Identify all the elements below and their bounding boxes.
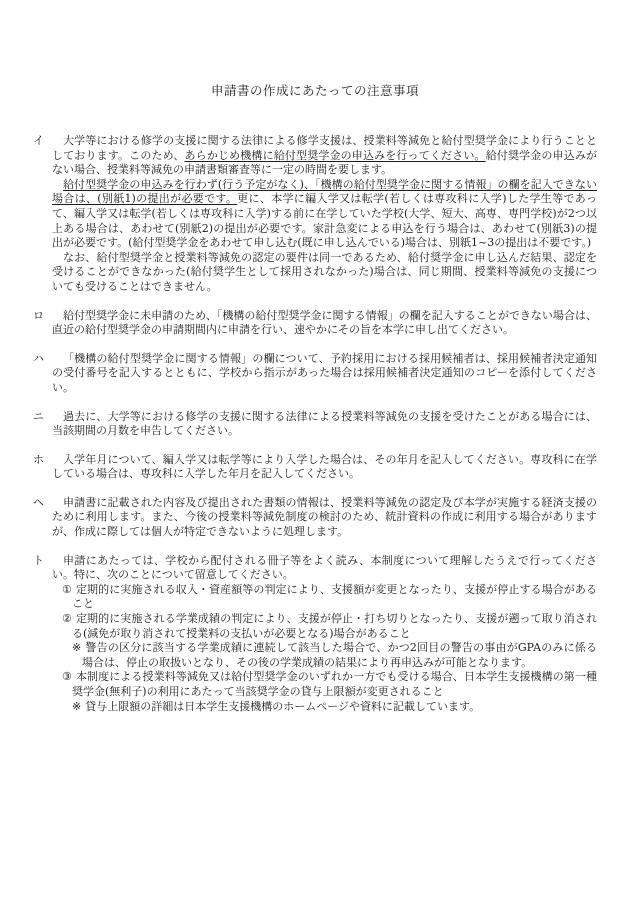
numbered-item: ③本制度による授業料等減免又は給付型奨学金のいずれか一方でも受ける場合、日本学生… — [62, 670, 597, 699]
document-page: 申請書の作成にあたっての注意事項 イ大学等における修学の支援に関する法律による修… — [0, 0, 630, 903]
document-section: ホ入学年月について、編入学又は転学等により入学した場合は、その年月を記入してくだ… — [52, 453, 597, 482]
paragraph: 申請書に記載された内容及び提出された書類の情報は、授業料等減免の認定及び本学が実… — [52, 496, 597, 540]
document-section: ハ「機構の給付型奨学金に関する情報」の欄について、予約採用における採用候補者は、… — [52, 352, 597, 396]
text-run: 申請書に記載された内容及び提出された書類の情報は、授業料等減免の認定及び本学が実… — [52, 496, 597, 538]
section-label: ヘ — [33, 496, 44, 511]
item-text: 本制度による授業料等減免又は給付型奨学金のいずれか一方でも受ける場合、日本学生支… — [72, 670, 597, 698]
numbered-item: ①定期的に実施される収入・資産額等の判定により、支援額が変更となったり、支援が停… — [62, 583, 597, 612]
text-run: 給付型奨学金に未申請のため、「機構の給付型奨学金に関する情報」の欄を記入すること… — [52, 309, 597, 337]
item-text: 定期的に実施される学業成績の判定により、支援が停止・打ち切りとなったり、支援が遡… — [72, 612, 597, 640]
note-marker: ※ — [72, 700, 81, 713]
underlined-text-run: あらかじめ機構に給付型奨学金の申込みを行ってください。 — [185, 149, 486, 162]
section-label: ホ — [33, 453, 44, 468]
paragraph: 大学等における修学の支援に関する法律による修学支援は、授業料等減免と給付型奨学金… — [52, 134, 597, 178]
text-run: 入学年月について、編入学又は転学等により入学した場合は、その年月を記入してくださ… — [52, 453, 597, 481]
paragraph: 入学年月について、編入学又は転学等により入学した場合は、その年月を記入してくださ… — [52, 453, 597, 482]
text-run: 申請にあたっては、学校から配付される冊子等をよく読み、本制度について理解したうえ… — [52, 554, 597, 582]
document-section: ヘ申請書に記載された内容及び提出された書類の情報は、授業料等減免の認定及び本学が… — [52, 496, 597, 540]
item-number: ③ — [62, 670, 72, 683]
section-label: イ — [33, 134, 44, 149]
document-body: イ大学等における修学の支援に関する法律による修学支援は、授業料等減免と給付型奨学… — [52, 134, 597, 714]
note-text: 警告の区分に該当する学業成績に連続して該当した場合で、かつ2回目の警告の事由がG… — [82, 641, 597, 669]
paragraph: なお、給付型奨学金と授業料等減免の認定の要件は同一であるため、給付奨学金に申し込… — [52, 251, 597, 295]
paragraph: 申請にあたっては、学校から配付される冊子等をよく読み、本制度について理解したうえ… — [52, 554, 597, 583]
paragraph: 給付型奨学金に未申請のため、「機構の給付型奨学金に関する情報」の欄を記入すること… — [52, 309, 597, 338]
section-label: ハ — [33, 352, 44, 367]
paragraph: 給付型奨学金の申込みを行わず(行う予定がなく)、「機構の給付型奨学金に関する情報… — [52, 178, 597, 251]
paragraph: 「機構の給付型奨学金に関する情報」の欄について、予約採用における採用候補者は、採… — [52, 352, 597, 396]
item-note: ※貸与上限額の詳細は日本学生支援機構のホームページや資料に記載しています。 — [72, 700, 597, 715]
item-text: 定期的に実施される収入・資産額等の判定により、支援額が変更となったり、支援が停止… — [72, 583, 597, 611]
section-label: ト — [33, 554, 44, 569]
document-section: ロ給付型奨学金に未申請のため、「機構の給付型奨学金に関する情報」の欄を記入するこ… — [52, 309, 597, 338]
note-text: 貸与上限額の詳細は日本学生支援機構のホームページや資料に記載しています。 — [85, 700, 480, 713]
item-number: ② — [62, 612, 72, 625]
note-marker: ※ — [72, 641, 81, 654]
section-label: ニ — [33, 410, 44, 425]
section-label: ロ — [33, 309, 44, 324]
page-title: 申請書の作成にあたっての注意事項 — [0, 83, 630, 98]
item-note: ※警告の区分に該当する学業成績に連続して該当した場合で、かつ2回目の警告の事由が… — [72, 641, 597, 670]
document-section: ニ過去に、大学等における修学の支援に関する法律による授業料等減免の支援を受けたこ… — [52, 410, 597, 439]
document-section: ト申請にあたっては、学校から配付される冊子等をよく読み、本制度について理解したう… — [52, 554, 597, 715]
numbered-item: ②定期的に実施される学業成績の判定により、支援が停止・打ち切りとなったり、支援が… — [62, 612, 597, 641]
item-number: ① — [62, 583, 72, 596]
text-run: なお、給付型奨学金と授業料等減免の認定の要件は同一であるため、給付奨学金に申し込… — [52, 251, 597, 293]
paragraph: 過去に、大学等における修学の支援に関する法律による授業料等減免の支援を受けたこと… — [52, 410, 597, 439]
text-run: 過去に、大学等における修学の支援に関する法律による授業料等減免の支援を受けたこと… — [52, 410, 597, 438]
document-section: イ大学等における修学の支援に関する法律による修学支援は、授業料等減免と給付型奨学… — [52, 134, 597, 295]
text-run: 「機構の給付型奨学金に関する情報」の欄について、予約採用における採用候補者は、採… — [52, 352, 597, 394]
